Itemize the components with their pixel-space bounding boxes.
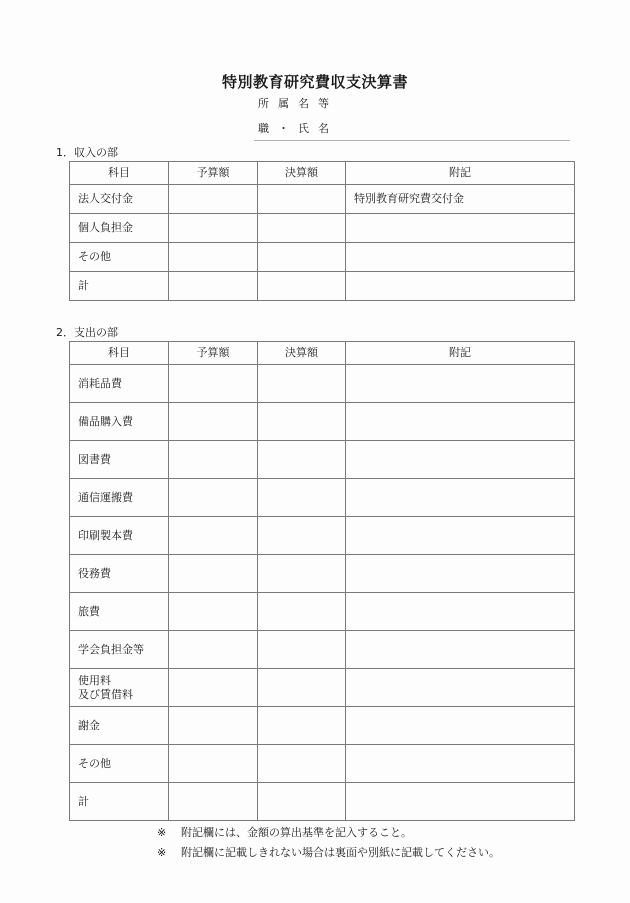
row-item-label: 役務費	[70, 555, 169, 593]
col-header-budget: 予算額	[169, 342, 258, 365]
budget-cell[interactable]	[169, 745, 258, 783]
note-cell[interactable]	[346, 441, 575, 479]
actual-cell[interactable]	[258, 631, 346, 669]
note-cell[interactable]	[346, 365, 575, 403]
note-cell[interactable]	[346, 707, 575, 745]
actual-cell[interactable]	[258, 707, 346, 745]
actual-cell[interactable]	[258, 745, 346, 783]
budget-cell[interactable]	[169, 272, 258, 301]
reference-mark-icon: ※	[157, 823, 181, 843]
note-cell[interactable]	[346, 403, 575, 441]
table-row: 学会負担金等	[70, 631, 575, 669]
row-item-label: 計	[70, 783, 169, 821]
budget-cell[interactable]	[169, 783, 258, 821]
row-item-label: 法人交付金	[70, 185, 169, 214]
income-header-row: 科目 予算額 決算額 附記	[70, 162, 575, 185]
note-cell[interactable]	[346, 631, 575, 669]
budget-cell[interactable]	[169, 365, 258, 403]
row-item-label: 消耗品費	[70, 365, 169, 403]
table-row: 図書費	[70, 441, 575, 479]
row-item-label: 備品購入費	[70, 403, 169, 441]
note-cell[interactable]	[346, 214, 575, 243]
table-row: 法人交付金特別教育研究費交付金	[70, 185, 575, 214]
row-item-label: 図書費	[70, 441, 169, 479]
actual-cell[interactable]	[258, 555, 346, 593]
budget-cell[interactable]	[169, 555, 258, 593]
actual-cell[interactable]	[258, 441, 346, 479]
actual-cell[interactable]	[258, 243, 346, 272]
footnote: ※附記欄に記載しきれない場合は裏面や別紙に記載してください。	[157, 843, 500, 863]
budget-cell[interactable]	[169, 214, 258, 243]
table-row: 謝金	[70, 707, 575, 745]
col-header-item: 科目	[70, 342, 169, 365]
footnote: ※附記欄には、金額の算出基準を記入すること。	[157, 823, 500, 843]
income-table: 科目 予算額 決算額 附記 法人交付金特別教育研究費交付金個人負担金その他計	[69, 161, 575, 301]
footnote-text: 附記欄に記載しきれない場合は裏面や別紙に記載してください。	[181, 846, 500, 859]
actual-cell[interactable]	[258, 185, 346, 214]
note-cell[interactable]	[346, 783, 575, 821]
col-header-actual: 決算額	[258, 342, 346, 365]
income-section-heading: 1．収入の部	[56, 144, 118, 160]
actual-cell[interactable]	[258, 593, 346, 631]
actual-cell[interactable]	[258, 517, 346, 555]
actual-cell[interactable]	[258, 669, 346, 707]
actual-cell[interactable]	[258, 403, 346, 441]
table-row: 計	[70, 272, 575, 301]
actual-cell[interactable]	[258, 783, 346, 821]
col-header-note: 附記	[346, 342, 575, 365]
row-item-label: その他	[70, 243, 169, 272]
budget-cell[interactable]	[169, 441, 258, 479]
row-item-label: 計	[70, 272, 169, 301]
document-title: 特別教育研究費収支決算書	[0, 71, 630, 92]
name-underline	[254, 140, 570, 141]
note-cell[interactable]	[346, 517, 575, 555]
row-item-label: 使用料 及び賃借料	[70, 669, 169, 707]
budget-cell[interactable]	[169, 243, 258, 272]
table-row: 個人負担金	[70, 214, 575, 243]
table-row: その他	[70, 745, 575, 783]
col-header-budget: 予算額	[169, 162, 258, 185]
actual-cell[interactable]	[258, 479, 346, 517]
row-item-label: 印刷製本費	[70, 517, 169, 555]
note-cell[interactable]	[346, 243, 575, 272]
reference-mark-icon: ※	[157, 843, 181, 863]
col-header-note: 附記	[346, 162, 575, 185]
budget-cell[interactable]	[169, 631, 258, 669]
actual-cell[interactable]	[258, 272, 346, 301]
expense-section-heading: 2．支出の部	[56, 324, 118, 340]
budget-cell[interactable]	[169, 479, 258, 517]
row-item-label: 個人負担金	[70, 214, 169, 243]
position-name-label: 職・氏名	[258, 120, 338, 136]
budget-cell[interactable]	[169, 517, 258, 555]
expense-table: 科目 予算額 決算額 附記 消耗品費備品購入費図書費通信運搬費印刷製本費役務費旅…	[69, 341, 575, 821]
note-cell[interactable]	[346, 745, 575, 783]
table-row: 旅費	[70, 593, 575, 631]
budget-cell[interactable]	[169, 403, 258, 441]
budget-cell[interactable]	[169, 669, 258, 707]
table-row: 計	[70, 783, 575, 821]
note-cell[interactable]	[346, 272, 575, 301]
table-row: 役務費	[70, 555, 575, 593]
footnotes: ※附記欄には、金額の算出基準を記入すること。 ※附記欄に記載しきれない場合は裏面…	[157, 823, 500, 863]
table-row: 使用料 及び賃借料	[70, 669, 575, 707]
row-item-label: 通信運搬費	[70, 479, 169, 517]
note-cell[interactable]	[346, 669, 575, 707]
note-cell[interactable]	[346, 479, 575, 517]
table-row: 通信運搬費	[70, 479, 575, 517]
budget-cell[interactable]	[169, 707, 258, 745]
table-row: 消耗品費	[70, 365, 575, 403]
note-cell[interactable]	[346, 555, 575, 593]
footnote-text: 附記欄には、金額の算出基準を記入すること。	[181, 826, 412, 839]
row-item-label: 学会負担金等	[70, 631, 169, 669]
note-cell[interactable]: 特別教育研究費交付金	[346, 185, 575, 214]
affiliation-label: 所属名等	[258, 95, 338, 111]
row-item-label: 謝金	[70, 707, 169, 745]
row-item-label: その他	[70, 745, 169, 783]
col-header-actual: 決算額	[258, 162, 346, 185]
table-row: その他	[70, 243, 575, 272]
table-row: 備品購入費	[70, 403, 575, 441]
actual-cell[interactable]	[258, 214, 346, 243]
expense-header-row: 科目 予算額 決算額 附記	[70, 342, 575, 365]
actual-cell[interactable]	[258, 365, 346, 403]
table-row: 印刷製本費	[70, 517, 575, 555]
budget-cell[interactable]	[169, 593, 258, 631]
budget-cell[interactable]	[169, 185, 258, 214]
note-cell[interactable]	[346, 593, 575, 631]
row-item-label: 旅費	[70, 593, 169, 631]
col-header-item: 科目	[70, 162, 169, 185]
